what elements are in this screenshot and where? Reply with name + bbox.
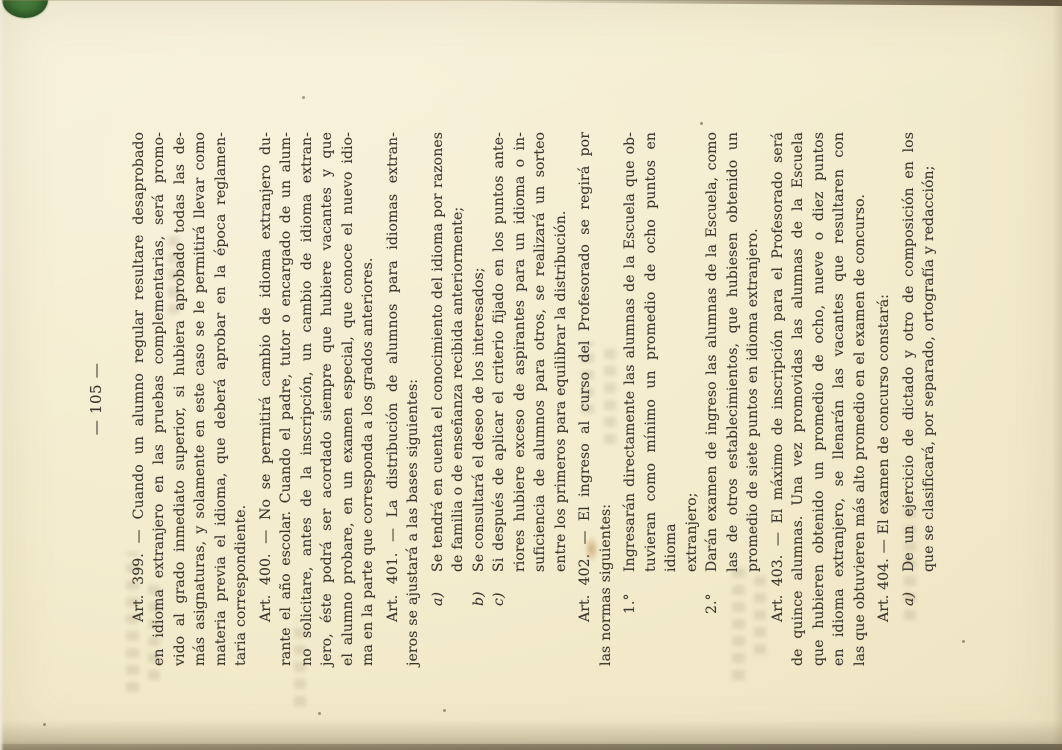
text-line: Se tendrá en cuenta el conocimiento del … (428, 132, 449, 572)
text-line: De un ejercicio de dictado y otro de com… (899, 132, 920, 572)
text-line: rante el año escolar. Cuando el padre, t… (276, 132, 297, 666)
text-line: Art. 403. — El máximo de inscripción par… (768, 132, 789, 666)
paragraph: Art. 403. — El máximo de inscripción par… (768, 132, 871, 666)
paragraph: Art. 400. — No se permitirá cambio de id… (256, 132, 379, 666)
scan-edge-left (0, 0, 4, 750)
rotated-page-content: — 105 — Art. 399. — Cuando un alumno reg… (0, 0, 1062, 750)
text-line: jero, éste podrá ser acordado siempre qu… (317, 132, 338, 666)
text-line: que se clasificará, por separado, ortogr… (919, 132, 940, 572)
text-line: entre los primeros para equilibrar la di… (551, 132, 572, 572)
scanned-book-page: — 105 — Art. 399. — Cuando un alumno reg… (0, 0, 1062, 750)
list: a)Se tendrá en cuenta el conocimiento de… (428, 132, 572, 666)
text-line: Se consultará el deseo de los interesado… (469, 132, 490, 572)
list-item: c)Si después de aplicar el criterio fija… (489, 132, 571, 666)
list-marker: c) (489, 592, 510, 606)
paragraph: Art. 399. — Cuando un alumno regular res… (129, 132, 252, 666)
paper-speck (302, 96, 305, 99)
text-line: el alumno probare, en un examen especial… (338, 132, 359, 666)
text-line: las de otros establecimientos, que hubie… (723, 132, 744, 572)
text-column: — 105 — Art. 399. — Cuando un alumno reg… (86, 132, 940, 666)
list-item: a)Se tendrá en cuenta el conocimiento de… (428, 132, 469, 666)
text-line: más asignaturas, y solamente en este cas… (190, 132, 211, 666)
document-body: Art. 399. — Cuando un alumno regular res… (129, 132, 940, 666)
text-line: promedio de siete puntos en idioma extra… (743, 132, 764, 572)
paper-speck (700, 122, 703, 125)
text-line: suficiencia de alumnos para otros, se re… (530, 132, 551, 572)
text-line: que hubieren obtenido un promedio de och… (809, 132, 830, 666)
paper-speck (443, 709, 446, 712)
text-line: ma en la parte que corresponda a los gra… (358, 132, 379, 666)
list-marker: b) (469, 591, 490, 606)
text-line: taria correspondiente. (231, 132, 252, 666)
paragraph: Art. 404. — El examen de concurso consta… (874, 132, 895, 666)
list: 1.°Ingresarán directamente las alumnas d… (620, 132, 764, 666)
text-line: materia previa el idioma, que deberá apr… (211, 132, 232, 666)
list-item: 2.°Darán examen de ingreso las alumnas d… (702, 132, 764, 666)
paper-speck (318, 712, 321, 715)
paper-stain (584, 536, 599, 562)
text-line: extranjero; (682, 132, 703, 572)
text-line: Darán examen de ingreso las alumnas de l… (702, 132, 723, 572)
list-marker: a) (899, 592, 920, 606)
paragraph: Art. 401. — La distribución de alumnos p… (383, 132, 424, 666)
text-line: Art. 401. — La distribución de alumnos p… (383, 132, 404, 666)
paper-speck (962, 640, 965, 643)
text-line: Art. 402. — El ingreso al curso del Prof… (575, 132, 596, 666)
text-line: de familia o de enseñanza recibida anter… (448, 132, 469, 572)
text-line: jeros se ajustará a las bases siguientes… (403, 132, 424, 666)
page-number: — 105 — (86, 132, 107, 666)
text-line: las que obtuvieren más alto promedio en … (850, 132, 871, 666)
text-line: riores hubiere exceso de aspirantes para… (510, 132, 531, 572)
text-line: vido al grado inmediato superior, si hub… (170, 132, 191, 666)
text-line: no solicitare, antes de la inscripción, … (297, 132, 318, 666)
text-line: Si después de aplicar el criterio fijado… (489, 132, 510, 572)
list: a)De un ejercicio de dictado y otro de c… (899, 132, 940, 666)
list-item: a)De un ejercicio de dictado y otro de c… (899, 132, 940, 666)
list-marker: 2.° (702, 593, 723, 614)
text-line: de quince alumnas. Una vez promovidas la… (788, 132, 809, 666)
list-item: 1.°Ingresarán directamente las alumnas d… (620, 132, 702, 666)
text-line: Ingresarán directamente las alumnas de l… (620, 132, 641, 572)
scan-edge-right (1052, 0, 1062, 750)
list-marker: a) (428, 592, 449, 606)
text-line: tuvieran como mínimo un promedio de ocho… (641, 132, 682, 572)
text-line: las normas siguientes: (596, 132, 617, 666)
text-line: Art. 400. — No se permitirá cambio de id… (256, 132, 277, 666)
list-marker: 1.° (620, 593, 641, 614)
scan-edge-bottom-strip (0, 744, 1062, 750)
text-line: en idioma extranjero en las pruebas comp… (149, 132, 170, 666)
text-line: en idioma extranjero, se llenarán las va… (829, 132, 850, 666)
paragraph: Art. 402. — El ingreso al curso del Prof… (575, 132, 616, 666)
text-line: Art. 399. — Cuando un alumno regular res… (129, 132, 150, 666)
list-item: b)Se consultará el deseo de los interesa… (469, 132, 490, 666)
text-line: Art. 404. — El examen de concurso consta… (874, 132, 895, 666)
